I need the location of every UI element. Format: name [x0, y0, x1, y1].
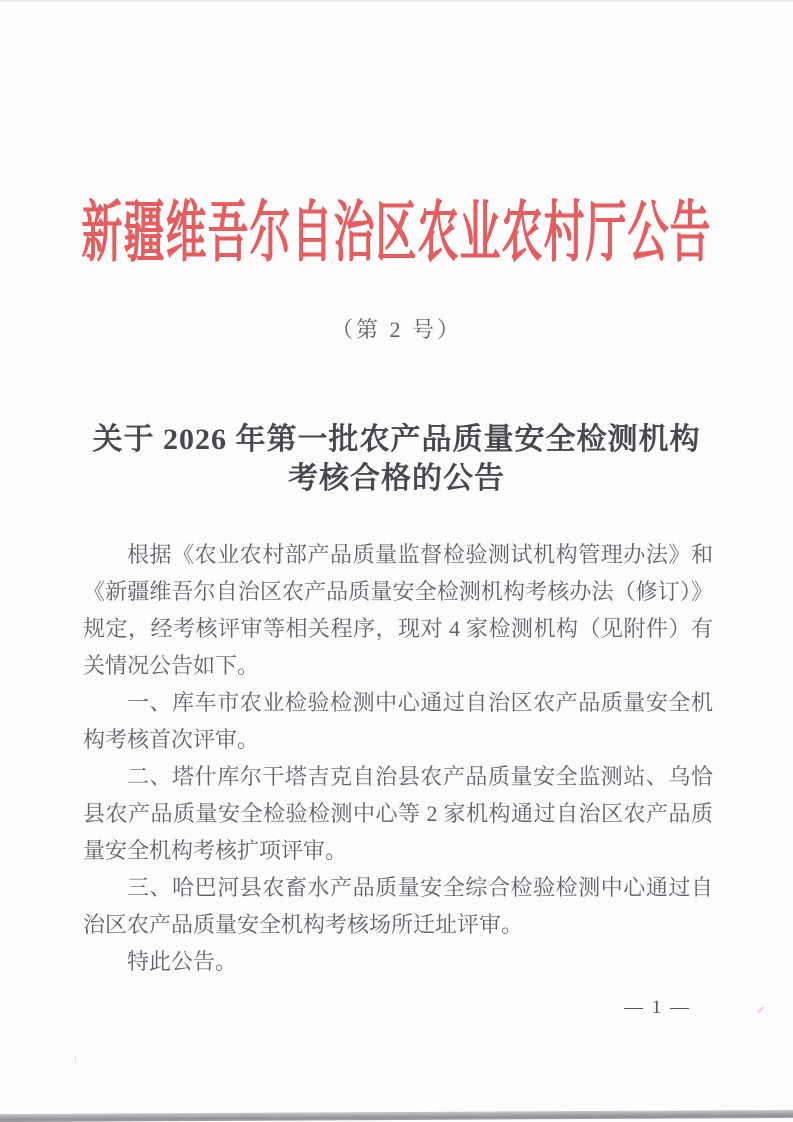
body-paragraph-item-2: 二、塔什库尔干塔吉克自治县农产品质量安全监测站、乌恰县农产品质量安全检验检测中心…	[83, 758, 713, 869]
announcement-heading: 关于 2026 年第一批农产品质量安全检测机构 考核合格的公告	[0, 420, 793, 498]
issue-number: （第 2 号）	[0, 313, 793, 344]
heading-line-2: 考核合格的公告	[0, 459, 793, 498]
body-paragraph-intro: 根据《农业农村部产品质量监督检验测试机构管理办法》和《新疆维吾尔自治区农产品质量…	[83, 536, 713, 684]
body-paragraph-item-3: 三、哈巴河县农畜水产品质量安全综合检验检测中心通过自治区农产品质量安全机构考核场…	[83, 869, 713, 943]
masthead-title-text: 新疆维吾尔自治区农业农村厅公告	[82, 179, 712, 275]
document-masthead: 新疆维吾尔自治区农业农村厅公告	[0, 179, 793, 257]
scan-speck-smudge-icon: ﾉ	[71, 1053, 80, 1067]
scan-speck-red-icon: ∕∕	[758, 1005, 763, 1016]
scan-bottom-edge	[0, 1110, 793, 1122]
scanned-document-page: 新疆维吾尔自治区农业农村厅公告 （第 2 号） 关于 2026 年第一批农产品质…	[0, 0, 793, 1122]
body-paragraph-closing: 特此公告。	[83, 943, 713, 980]
document-body: 根据《农业农村部产品质量监督检验测试机构管理办法》和《新疆维吾尔自治区农产品质量…	[83, 536, 713, 980]
page-number: — 1 —	[624, 997, 691, 1019]
body-paragraph-item-1: 一、库车市农业检验检测中心通过自治区农产品质量安全机构考核首次评审。	[83, 684, 713, 758]
scan-top-edge	[0, 0, 793, 2]
heading-line-1: 关于 2026 年第一批农产品质量安全检测机构	[0, 420, 793, 459]
